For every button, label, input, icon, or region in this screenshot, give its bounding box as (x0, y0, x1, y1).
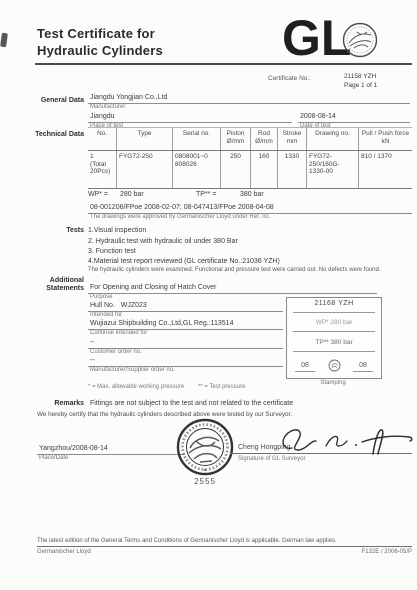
intended-for-field: Hull No. WJZ023 Intended for (88, 301, 283, 319)
cell-type: FYG72-250 (116, 151, 172, 188)
gl-emblem-icon (342, 22, 378, 58)
additional-label-line1: Additional (0, 277, 84, 285)
continue-intended-field: Wujiazui Shipbuilding Co.,Ltd,GL Reg.:11… (88, 319, 283, 337)
title-line1: Test Certificate for (37, 25, 163, 42)
footer-row: Germanischer Lloyd F132E / 2006-05/P (37, 549, 412, 555)
technical-data-table: No. Type Serial no. Piston Ø/mm Rod Ø/mm… (88, 127, 412, 189)
wp-label: WP* = (88, 191, 120, 198)
section-tests: Tests (0, 227, 84, 235)
supplier-order-value: -- (88, 356, 283, 367)
additional-label-line2: Statements (0, 285, 84, 293)
test-item-2: 2. Hydraulic test with hydraulic oil und… (88, 238, 238, 245)
tp-value: 380 bar (240, 191, 264, 198)
section-general-data: General Data (0, 97, 84, 105)
manufacturer-label: Manufacturer (88, 104, 410, 111)
footer-form-no: F132E / 2006-05/P (362, 549, 412, 555)
drawing-approval-field: 08-001206/FPoe 2008-02-07; 08-047413/FPo… (88, 203, 412, 221)
stamp-year-row: 08 08 (295, 356, 373, 372)
terms-statement: The latest edition of the General Terms … (37, 538, 412, 544)
test-item-3: 3. Function test (88, 248, 136, 255)
customer-order-value: -- (88, 338, 283, 349)
cell-rod: 160 (250, 151, 277, 188)
stamp-year-left: 08 (295, 360, 315, 372)
certify-statement: We hereby certify that the hydraulic cyl… (37, 411, 292, 418)
test-item-4: 4.Material test report reviewed (GL cert… (88, 258, 280, 265)
stamp-gl-mini-icon (328, 359, 341, 372)
section-technical-data: Technical Data (0, 131, 84, 139)
col-header-piston: Piston Ø/mm (220, 128, 250, 150)
pressure-footnotes: * = Max. allowable working pressure ** =… (88, 384, 245, 390)
certificate-no: 21158 YZH (344, 72, 377, 81)
cell-serial: 0808001~0 808026 (172, 151, 220, 188)
table-header-row: No. Type Serial no. Piston Ø/mm Rod Ø/mm… (88, 128, 412, 151)
page-indicator: Page 1 of 1 (344, 81, 377, 90)
wp-value: 280 bar (120, 191, 196, 198)
col-header-force: Pull / Push force kN (358, 128, 412, 150)
cell-piston: 250 (220, 151, 250, 188)
cell-stroke: 1330 (277, 151, 306, 188)
pressure-row: WP* = 280 bar TP** = 380 bar (88, 191, 264, 198)
page-title: Test Certificate for Hydraulic Cylinders (37, 25, 163, 59)
certificate-no-value: 21158 YZH Page 1 of 1 (344, 72, 377, 90)
col-header-no: No. (88, 128, 116, 150)
customer-order-label: Customer order no. (88, 349, 283, 356)
manufacturer-value: Jiangdu Yongjian Co.,Ltd (88, 93, 410, 104)
test-result-statement: The hydraulic cylinders were examined. F… (88, 267, 414, 273)
cell-force: 810 / 1370 (358, 151, 412, 188)
surveyor-stamp-icon (176, 418, 234, 476)
section-additional-statements: Additional Statements (0, 277, 84, 293)
hull-no-value: Hull No. WJZ023 (88, 301, 283, 312)
stamp-wp: WP* 280 bar (293, 319, 375, 332)
surveyor-handwritten-signature (278, 424, 415, 458)
title-line2: Hydraulic Cylinders (37, 42, 163, 59)
intended-for-label: Intended for (88, 312, 283, 319)
drawing-approval-value: 08-001206/FPoe 2008-02-07; 08-047413/FPo… (88, 203, 412, 214)
stamp-cert-no: 21168 YZH (293, 300, 375, 313)
col-header-rod: Rod Ø/mm (250, 128, 277, 150)
footer-org: Germanischer Lloyd (37, 549, 91, 555)
wp-footnote: * = Max. allowable working pressure (88, 384, 198, 390)
stamp-year-right: 08 (353, 360, 373, 372)
drawing-approval-label: The drawings were approved by Germanisch… (88, 214, 412, 221)
col-header-serial: Serial no. (172, 128, 220, 150)
place-date-label: Place/Date (37, 455, 185, 462)
tp-label: TP** = (196, 191, 240, 198)
footer-divider (37, 546, 412, 547)
tp-footnote: ** = Test pressure (198, 384, 245, 390)
stamping-label: Stamping (286, 380, 380, 386)
date-of-test-value: 2008-08-14 (298, 112, 410, 123)
supplier-order-label: Manufacturer/Supplier order no. (88, 367, 283, 374)
stamp-tp: TP** 380 bar (293, 339, 375, 352)
stamp-number: 2555 (176, 477, 234, 486)
cell-no: 1 (Total 20Pcs) (88, 151, 116, 188)
cell-drawing: FYG72- 250/160G- 1330-00 (306, 151, 358, 188)
scan-artifact-mark (0, 33, 8, 48)
supplier-order-field: -- Manufacturer/Supplier order no. (88, 356, 283, 374)
continue-intended-label: Continue intended for (88, 330, 283, 337)
purpose-value: For Opening and Closing of Hatch Cover (88, 283, 377, 294)
place-of-test-value: Jiangdu (88, 112, 292, 123)
remarks-text: Fittings are not subject to the test and… (90, 400, 293, 407)
stamping-box: 21168 YZH WP* 280 bar TP** 380 bar 08 08 (286, 297, 382, 379)
test-item-1: 1.Visual inspection (88, 227, 146, 234)
manufacturer-field: Jiangdu Yongjian Co.,Ltd Manufacturer (88, 93, 410, 111)
customer-order-field: -- Customer order no. (88, 338, 283, 356)
place-date-field: Yangzhou/2008-08-14 Place/Date (37, 444, 185, 462)
col-header-drawing: Drawing no. (306, 128, 358, 150)
col-header-type: Type (116, 128, 172, 150)
table-row: 1 (Total 20Pcs) FYG72-250 0808001~0 8080… (88, 151, 412, 188)
col-header-stroke: Stroke mm (277, 128, 306, 150)
certificate-no-label: Certificate No.: (268, 75, 311, 82)
header-divider (35, 63, 412, 65)
certificate-page: Test Certificate for Hydraulic Cylinders… (0, 0, 417, 590)
place-date-value: Yangzhou/2008-08-14 (37, 444, 185, 455)
shipyard-value: Wujiazui Shipbuilding Co.,Ltd,GL Reg.:11… (88, 319, 283, 330)
section-remarks: Remarks (0, 400, 84, 408)
